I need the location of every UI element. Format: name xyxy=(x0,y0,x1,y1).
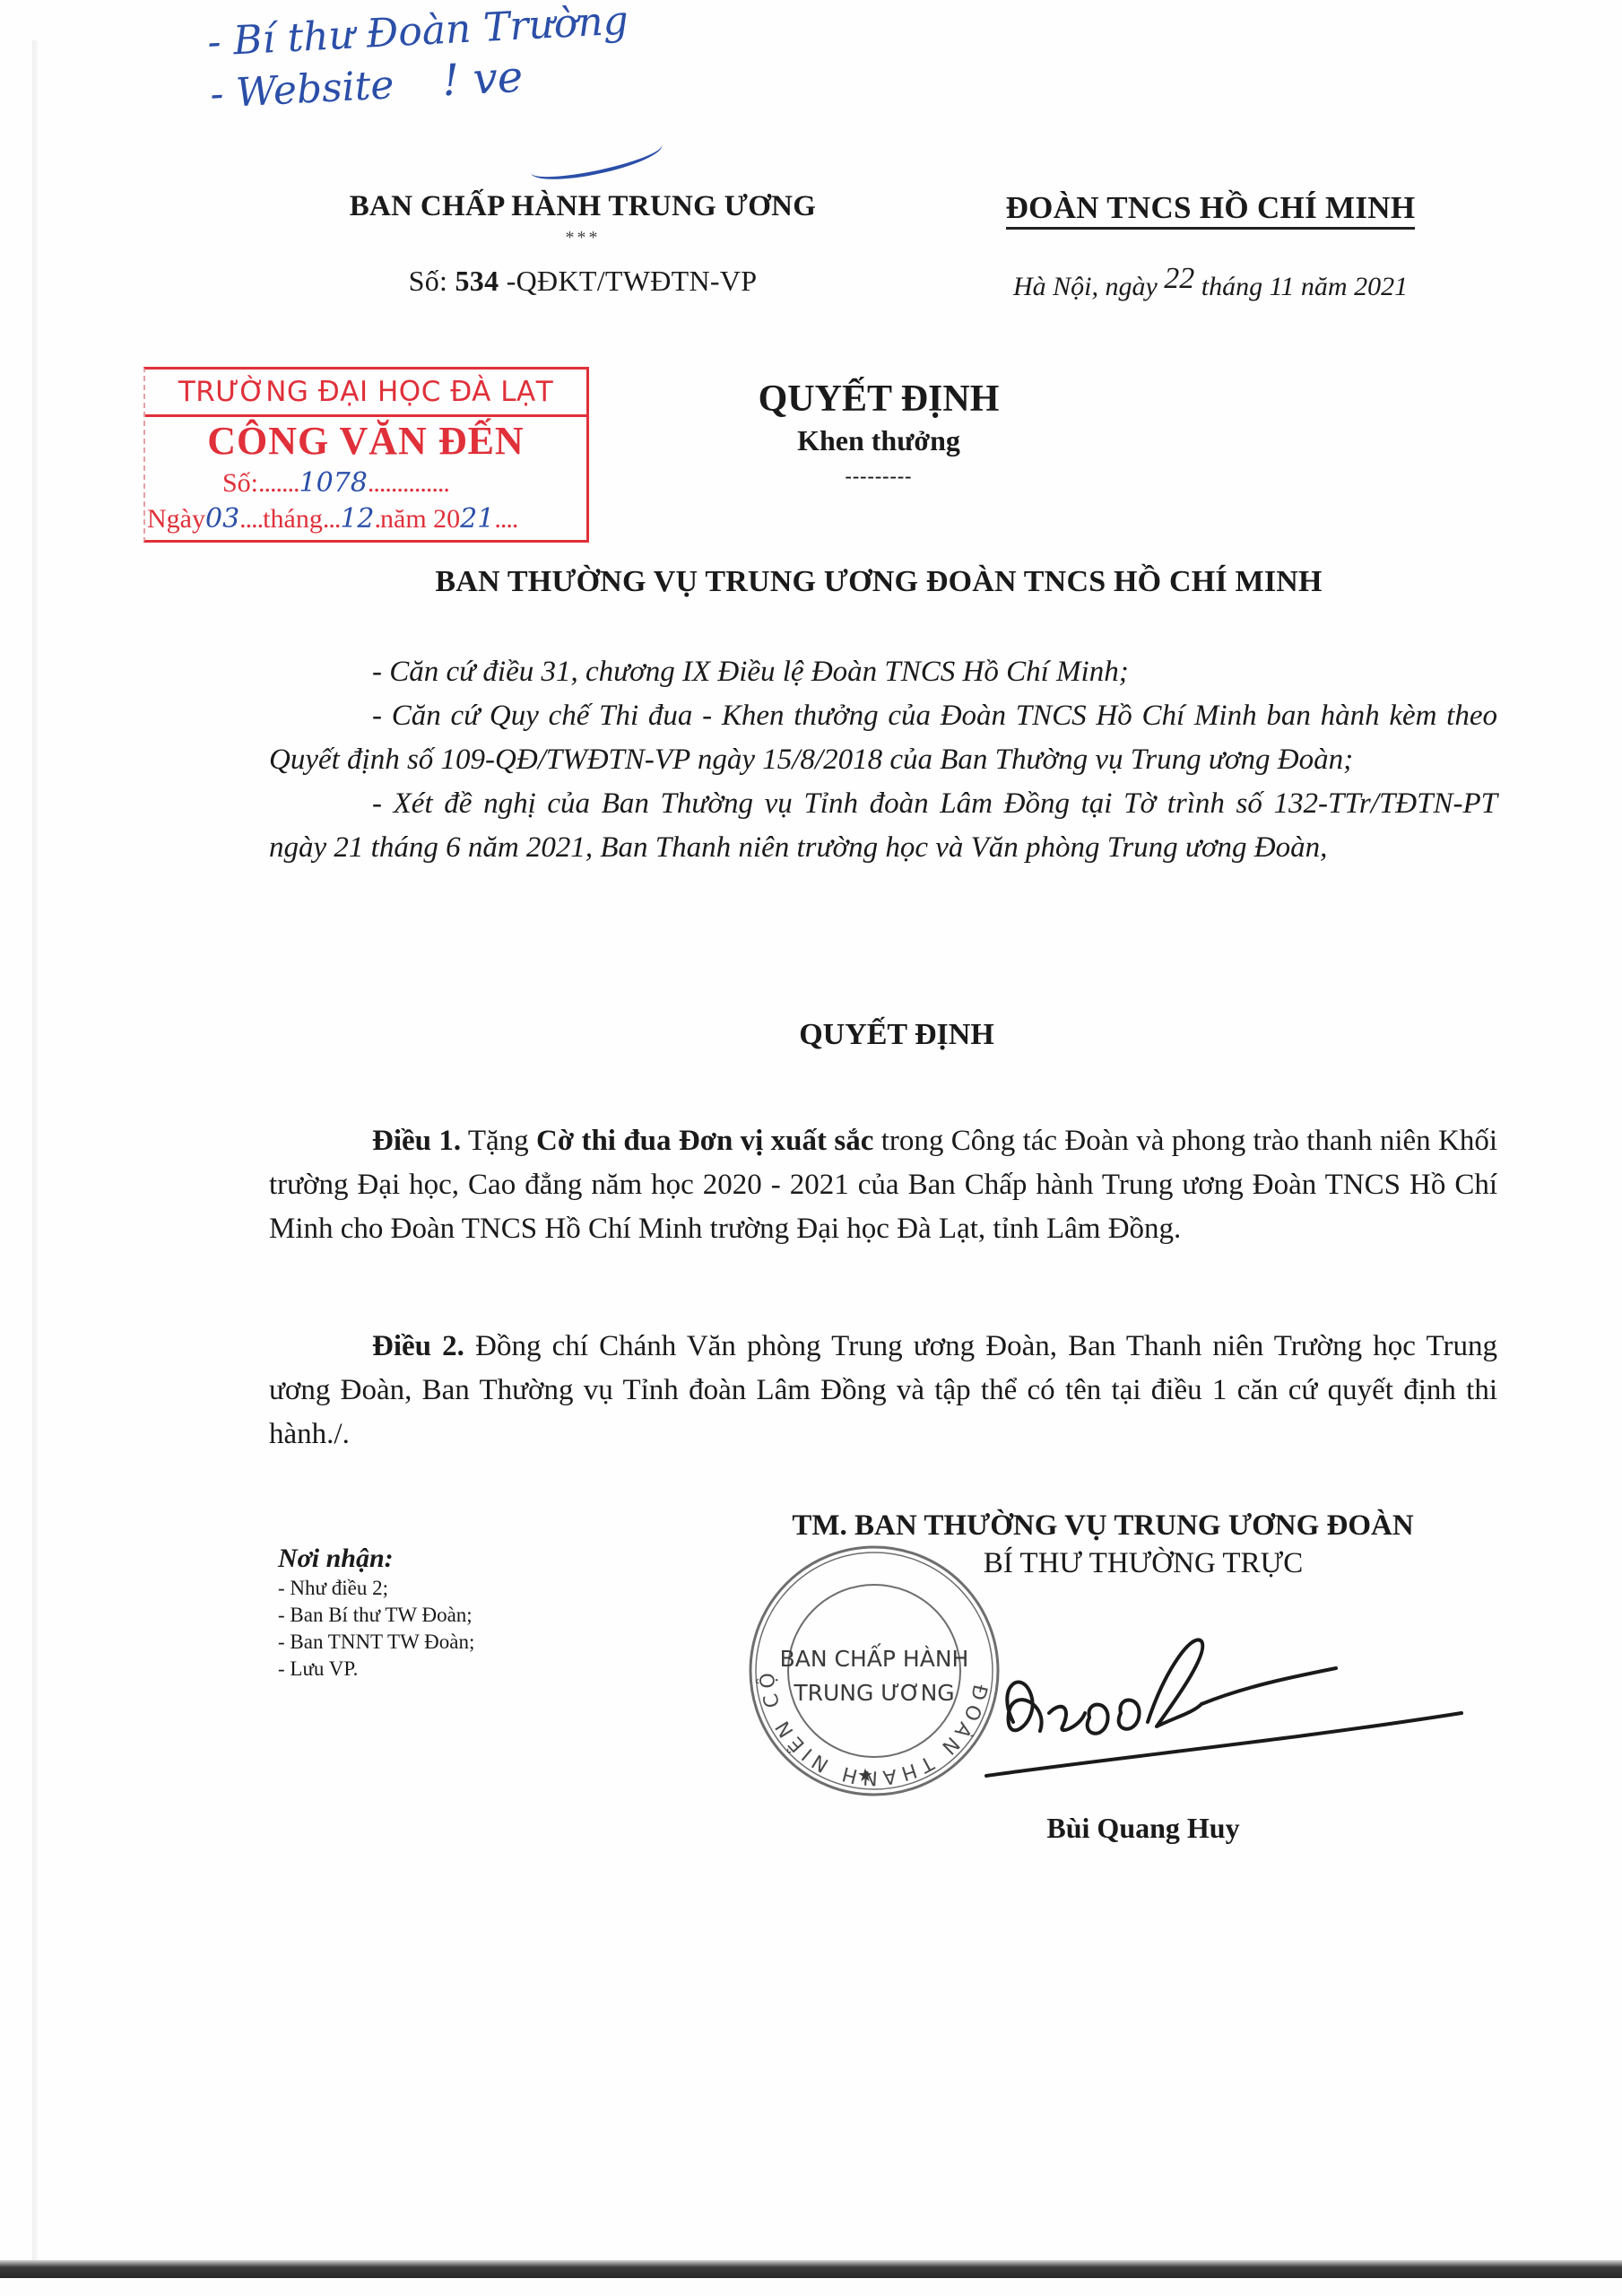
doc-no-suffix: -QĐKT/TWĐTN-VP xyxy=(499,265,757,297)
stamp-school-name: TRƯỜNG ĐẠI HỌC ĐÀ LẠT xyxy=(145,370,586,417)
article-1: Điều 1. Tặng Cờ thi đua Đơn vị xuất sắc … xyxy=(269,1119,1497,1251)
stamp-title: CÔNG VĂN ĐẾN xyxy=(145,417,586,465)
document-title-block: QUYẾT ĐỊNH Khen thưởng --------- xyxy=(664,377,1094,488)
date-month: 11 xyxy=(1270,272,1295,301)
stamp-year-value: 21 xyxy=(460,503,494,535)
stamp-number-value: 1078 xyxy=(299,467,368,499)
scan-edge xyxy=(32,40,38,2274)
document-number: Số: 534 -QĐKT/TWĐTN-VP xyxy=(278,265,888,298)
signer-on-behalf: TM. BAN THƯỜNG VỤ TRUNG ƯƠNG ĐOÀN xyxy=(717,1507,1488,1544)
organization-name: ĐOÀN TNCS HỒ CHÍ MINH xyxy=(1006,190,1416,230)
organization-block: ĐOÀN TNCS HỒ CHÍ MINH Hà Nội, ngày 22 th… xyxy=(932,190,1488,303)
preamble: - Căn cứ điều 31, chương IX Điều lệ Đoàn… xyxy=(269,650,1497,870)
stamp-month-label: tháng xyxy=(263,504,323,534)
issuer-name: BAN CHẤP HÀNH TRUNG ƯƠNG xyxy=(278,190,888,223)
seal-center-line-1: BAN CHẤP HÀNH xyxy=(780,1643,969,1672)
handnote-line-2: - Website xyxy=(209,62,395,117)
title-separator: --------- xyxy=(664,465,1094,488)
place-prefix: Hà Nội, ngày xyxy=(1013,272,1164,301)
doc-no-prefix: Số: xyxy=(409,265,455,297)
preamble-item: - Xét đề nghị của Ban Thường vụ Tỉnh đoà… xyxy=(269,782,1497,870)
month-label: tháng xyxy=(1194,272,1269,301)
article-1-label: Điều 1. xyxy=(372,1125,461,1157)
handwritten-signature-icon xyxy=(977,1614,1479,1785)
document-page: - Bí thư Đoàn Trường - Website ! ve BAN … xyxy=(0,0,1622,2278)
stamp-year-label: năm 20 xyxy=(380,504,460,534)
decision-heading: QUYẾT ĐỊNH xyxy=(448,1018,1345,1052)
seal-star-icon: ★ xyxy=(857,1764,873,1786)
issuing-authority: BAN THƯỜNG VỤ TRUNG ƯƠNG ĐOÀN TNCS HỒ CH… xyxy=(251,565,1506,599)
handnote-underline xyxy=(527,130,665,187)
stamp-number-label: Số: xyxy=(222,468,258,498)
place-date: Hà Nội, ngày 22 tháng 11 năm 2021 xyxy=(932,269,1488,303)
article-2: Điều 2. Đồng chí Chánh Văn phòng Trung ư… xyxy=(269,1325,1497,1457)
stamp-date-row: Ngày03....tháng...12.năm 2021.... xyxy=(145,501,586,537)
recipient-item: - Lưu VP. xyxy=(278,1656,655,1683)
stamp-day-label: Ngày xyxy=(147,504,205,534)
document-title: QUYẾT ĐỊNH xyxy=(664,377,1094,422)
document-subtitle: Khen thưởng xyxy=(664,422,1094,459)
recipients-label: Nơi nhận: xyxy=(278,1543,655,1575)
signer-name: Bùi Quang Huy xyxy=(717,1812,1488,1845)
stamp-number-row: Số:.......1078.............. xyxy=(145,465,586,501)
issuer-block: BAN CHẤP HÀNH TRUNG ƯƠNG *** Số: 534 -QĐ… xyxy=(278,190,888,298)
award-name: Cờ thi đua Đơn vị xuất sắc xyxy=(536,1125,873,1157)
doc-no-value: 534 xyxy=(455,265,499,297)
scan-edge-bottom xyxy=(0,2260,1622,2278)
official-seal-icon: ĐOÀN THANH NIÊN CỘNG SẢN HỒ CHÍ MINH BAN… xyxy=(744,1541,1004,1801)
handwritten-note: - Bí thư Đoàn Trường - Website ! ve xyxy=(206,0,632,120)
recipient-item: - Như điều 2; xyxy=(278,1575,655,1602)
preamble-item: - Căn cứ điều 31, chương IX Điều lệ Đoàn… xyxy=(269,650,1497,694)
year-label: năm xyxy=(1294,272,1354,301)
recipients-block: Nơi nhận: - Như điều 2; - Ban Bí thư TW … xyxy=(278,1543,655,1683)
issuer-stars: *** xyxy=(278,227,888,248)
incoming-document-stamp: TRƯỜNG ĐẠI HỌC ĐÀ LẠT CÔNG VĂN ĐẾN Số:..… xyxy=(143,367,589,543)
handnote-mark: ! ve xyxy=(441,52,525,107)
seal-center-line-2: TRUNG ƯƠNG xyxy=(793,1680,954,1706)
article-2-label: Điều 2. xyxy=(372,1330,464,1362)
stamp-month-value: 12 xyxy=(340,503,374,535)
date-year: 2021 xyxy=(1354,272,1408,301)
recipient-item: - Ban Bí thư TW Đoàn; xyxy=(278,1602,655,1629)
preamble-item: - Căn cứ Quy chế Thi đua - Khen thưởng c… xyxy=(269,694,1497,782)
date-day: 22 xyxy=(1164,262,1194,295)
article-1-pre: Tặng xyxy=(461,1125,536,1157)
recipient-item: - Ban TNNT TW Đoàn; xyxy=(278,1629,655,1656)
stamp-day-value: 03 xyxy=(205,503,239,535)
